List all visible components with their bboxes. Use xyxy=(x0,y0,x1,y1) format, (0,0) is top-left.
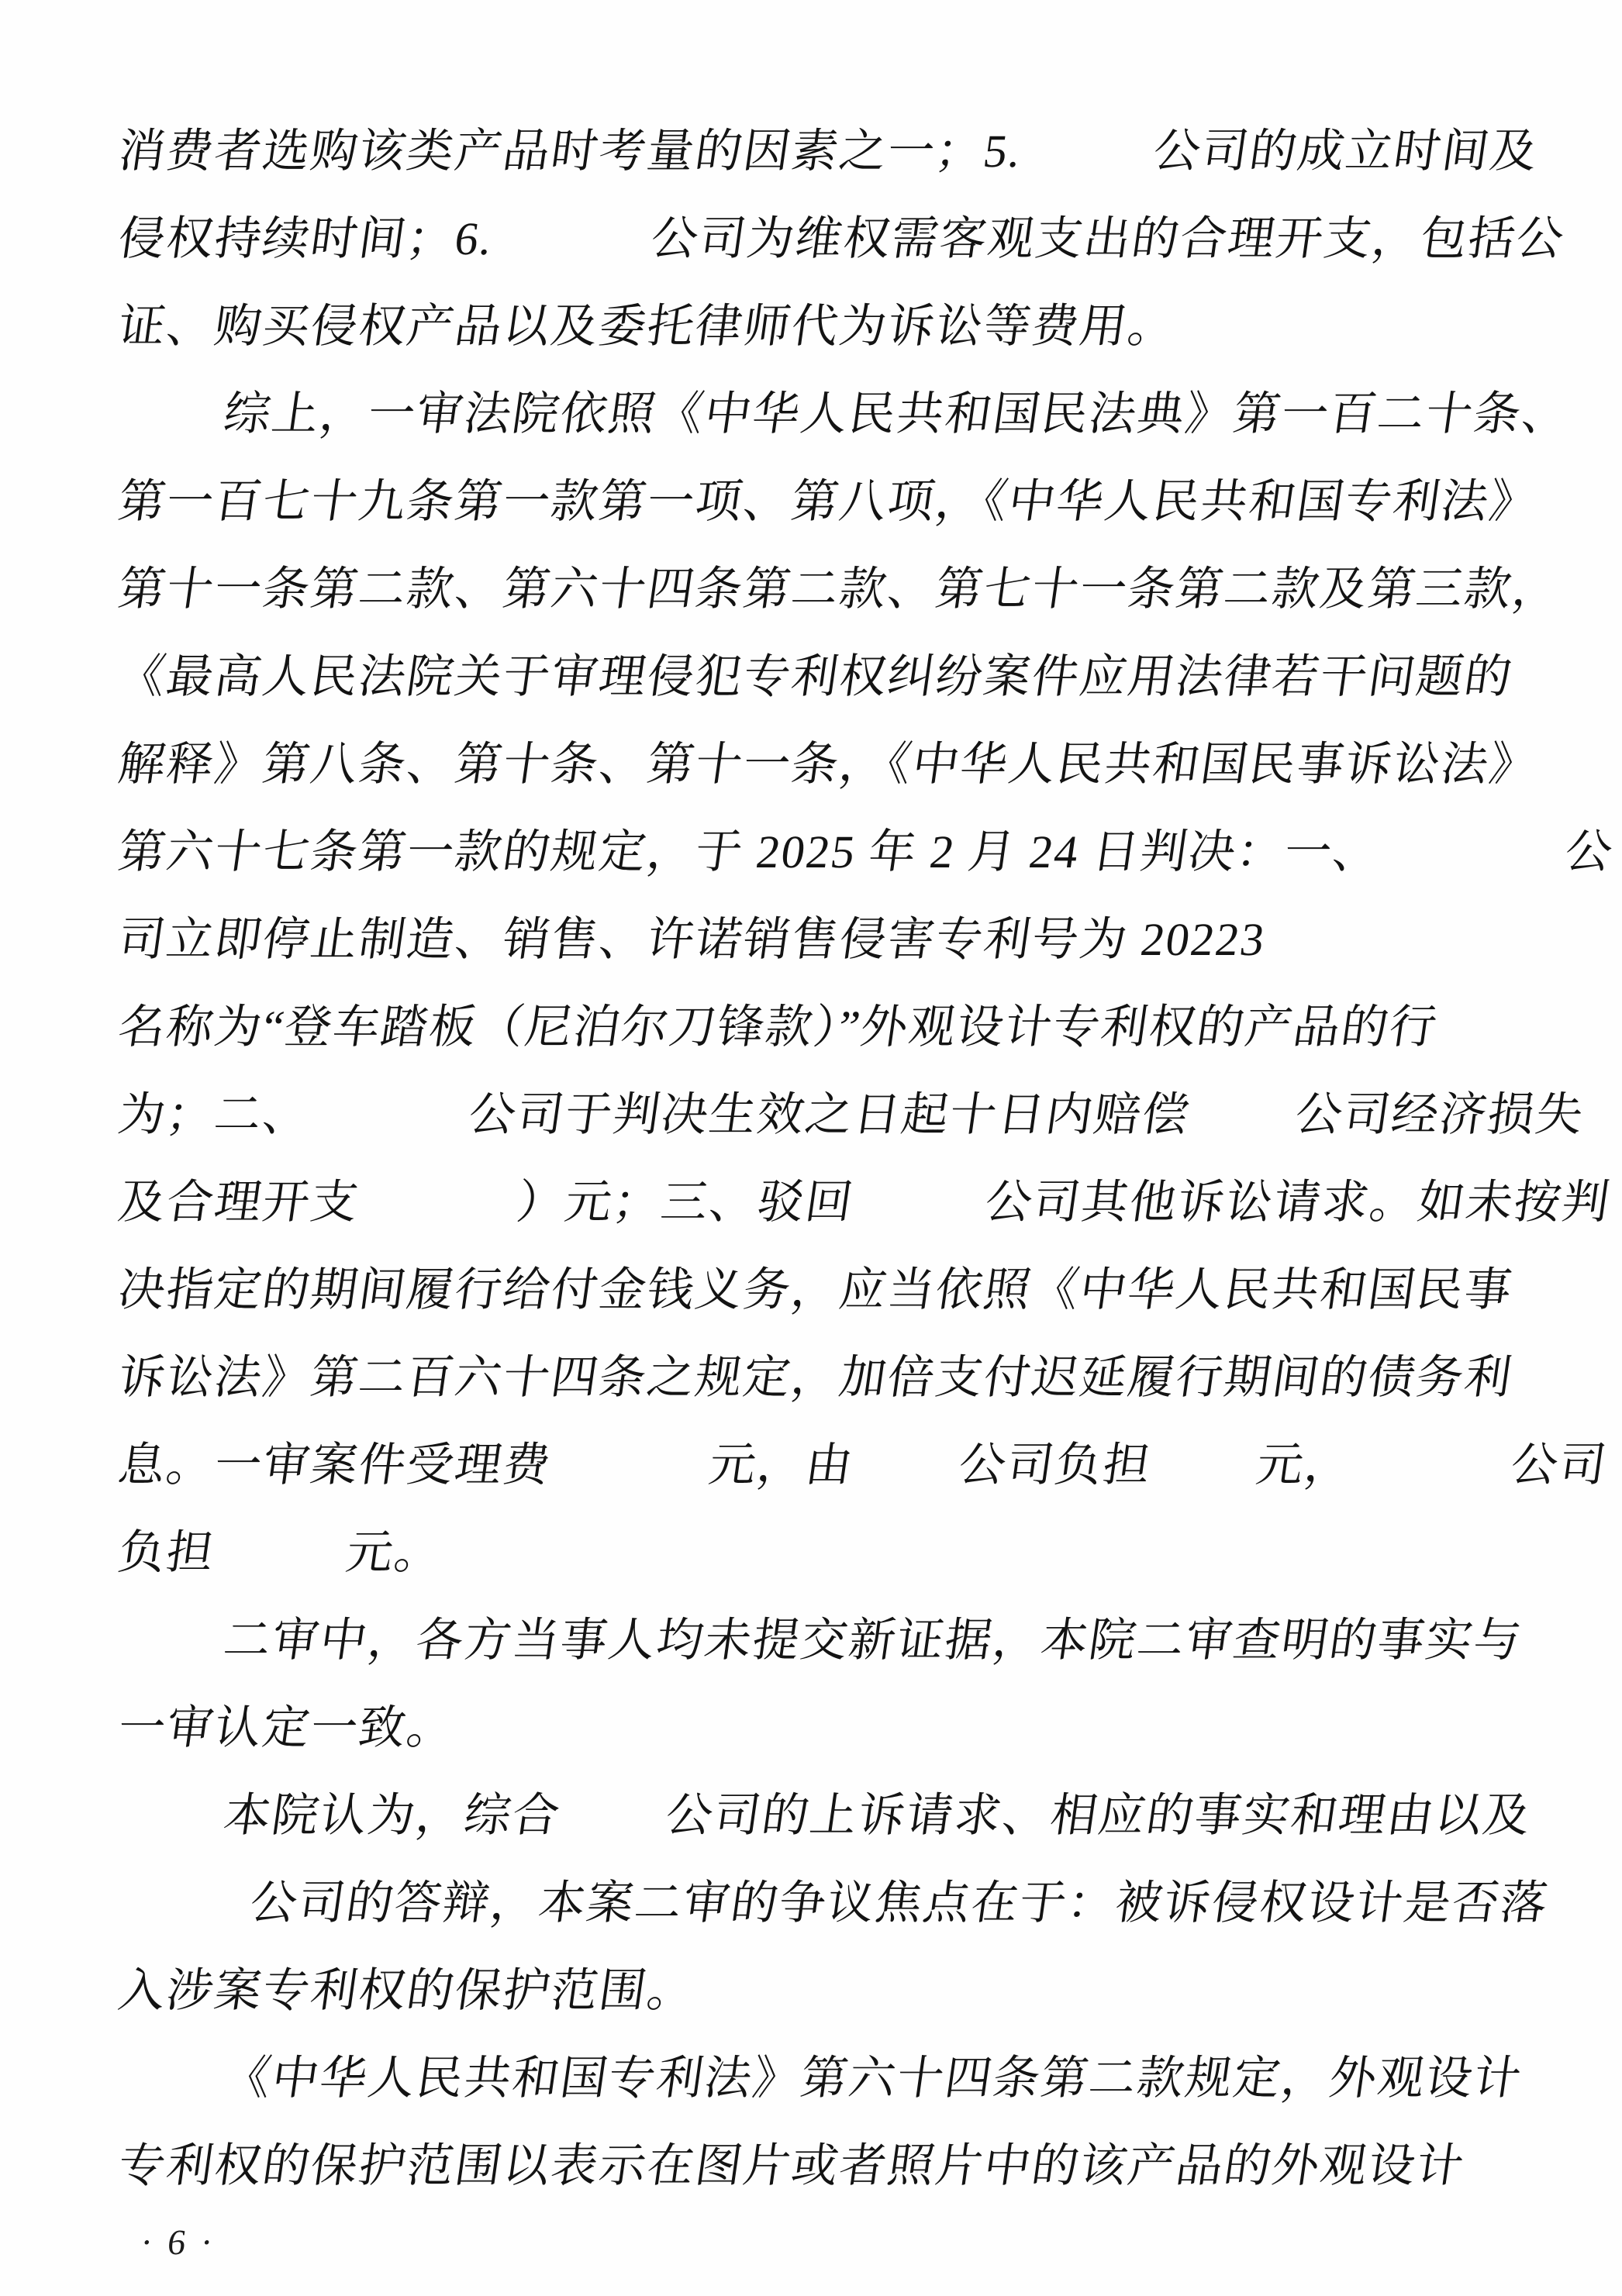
text-line: 为；二、 公司于判决生效之日起十日内赔偿 公司经济损失 xyxy=(112,1071,1598,1159)
page-number: · 6 · xyxy=(138,2222,219,2263)
text-line: 息。一审案件受理费 元，由 公司负担 元， 公司 xyxy=(112,1422,1598,1509)
text-line: 解释》第八条、第十条、第十一条，《中华人民共和国民事诉讼法》 xyxy=(112,721,1598,808)
text-line: 消费者选购该类产品时考量的因素之一；5. 公司的成立时间及 xyxy=(112,108,1598,195)
text-line: 诉讼法》第二百六十四条之规定，加倍支付迟延履行期间的债务利 xyxy=(112,1334,1598,1422)
text-line: 一审认定一致。 xyxy=(112,1684,1598,1772)
text-line: 公司的答辩，本案二审的争议焦点在于：被诉侵权设计是否落 xyxy=(112,1860,1598,1947)
text-line: 证、购买侵权产品以及委托律师代为诉讼等费用。 xyxy=(112,283,1598,371)
text-line: 综上，一审法院依照《中华人民共和国民法典》第一百二十条、 xyxy=(112,371,1598,458)
text-line: 第一百七十九条第一款第一项、第八项，《中华人民共和国专利法》 xyxy=(112,458,1598,546)
text-line: 《最高人民法院关于审理侵犯专利权纠纷案件应用法律若干问题的 xyxy=(112,633,1598,721)
text-line: 侵权持续时间；6. 公司为维权需客观支出的合理开支，包括公 xyxy=(112,195,1598,283)
text-line: 决指定的期间履行给付金钱义务，应当依照《中华人民共和国民事 xyxy=(112,1246,1598,1334)
text-line: 司立即停止制造、销售、许诺销售侵害专利号为 20223 xyxy=(112,896,1598,984)
text-line: 《中华人民共和国专利法》第六十四条第二款规定，外观设计 xyxy=(112,2035,1598,2122)
text-line: 及合理开支 ）元；三、驳回 公司其他诉讼请求。如未按判 xyxy=(112,1159,1598,1246)
judgment-document-page: 消费者选购该类产品时考量的因素之一；5. 公司的成立时间及 侵权持续时间；6. … xyxy=(0,0,1622,2296)
text-line: 二审中，各方当事人均未提交新证据，本院二审查明的事实与 xyxy=(112,1597,1598,1684)
text-line: 本院认为，综合 公司的上诉请求、相应的事实和理由以及 xyxy=(112,1772,1598,1860)
text-line: 入涉案专利权的保护范围。 xyxy=(112,1947,1598,2035)
text-line: 名称为“登车踏板（尼泊尔刀锋款）”外观设计专利权的产品的行 xyxy=(112,984,1598,1071)
text-line: 第六十七条第一款的规定，于 2025 年 2 月 24 日判决：一、 公 xyxy=(112,808,1598,896)
text-line: 第十一条第二款、第六十四条第二款、第七十一条第二款及第三款， xyxy=(112,546,1598,633)
text-line: 专利权的保护范围以表示在图片或者照片中的该产品的外观设计 xyxy=(112,2122,1598,2210)
judgment-text-block: 消费者选购该类产品时考量的因素之一；5. 公司的成立时间及 侵权持续时间；6. … xyxy=(112,108,1586,2210)
text-line: 负担 元。 xyxy=(112,1509,1598,1597)
